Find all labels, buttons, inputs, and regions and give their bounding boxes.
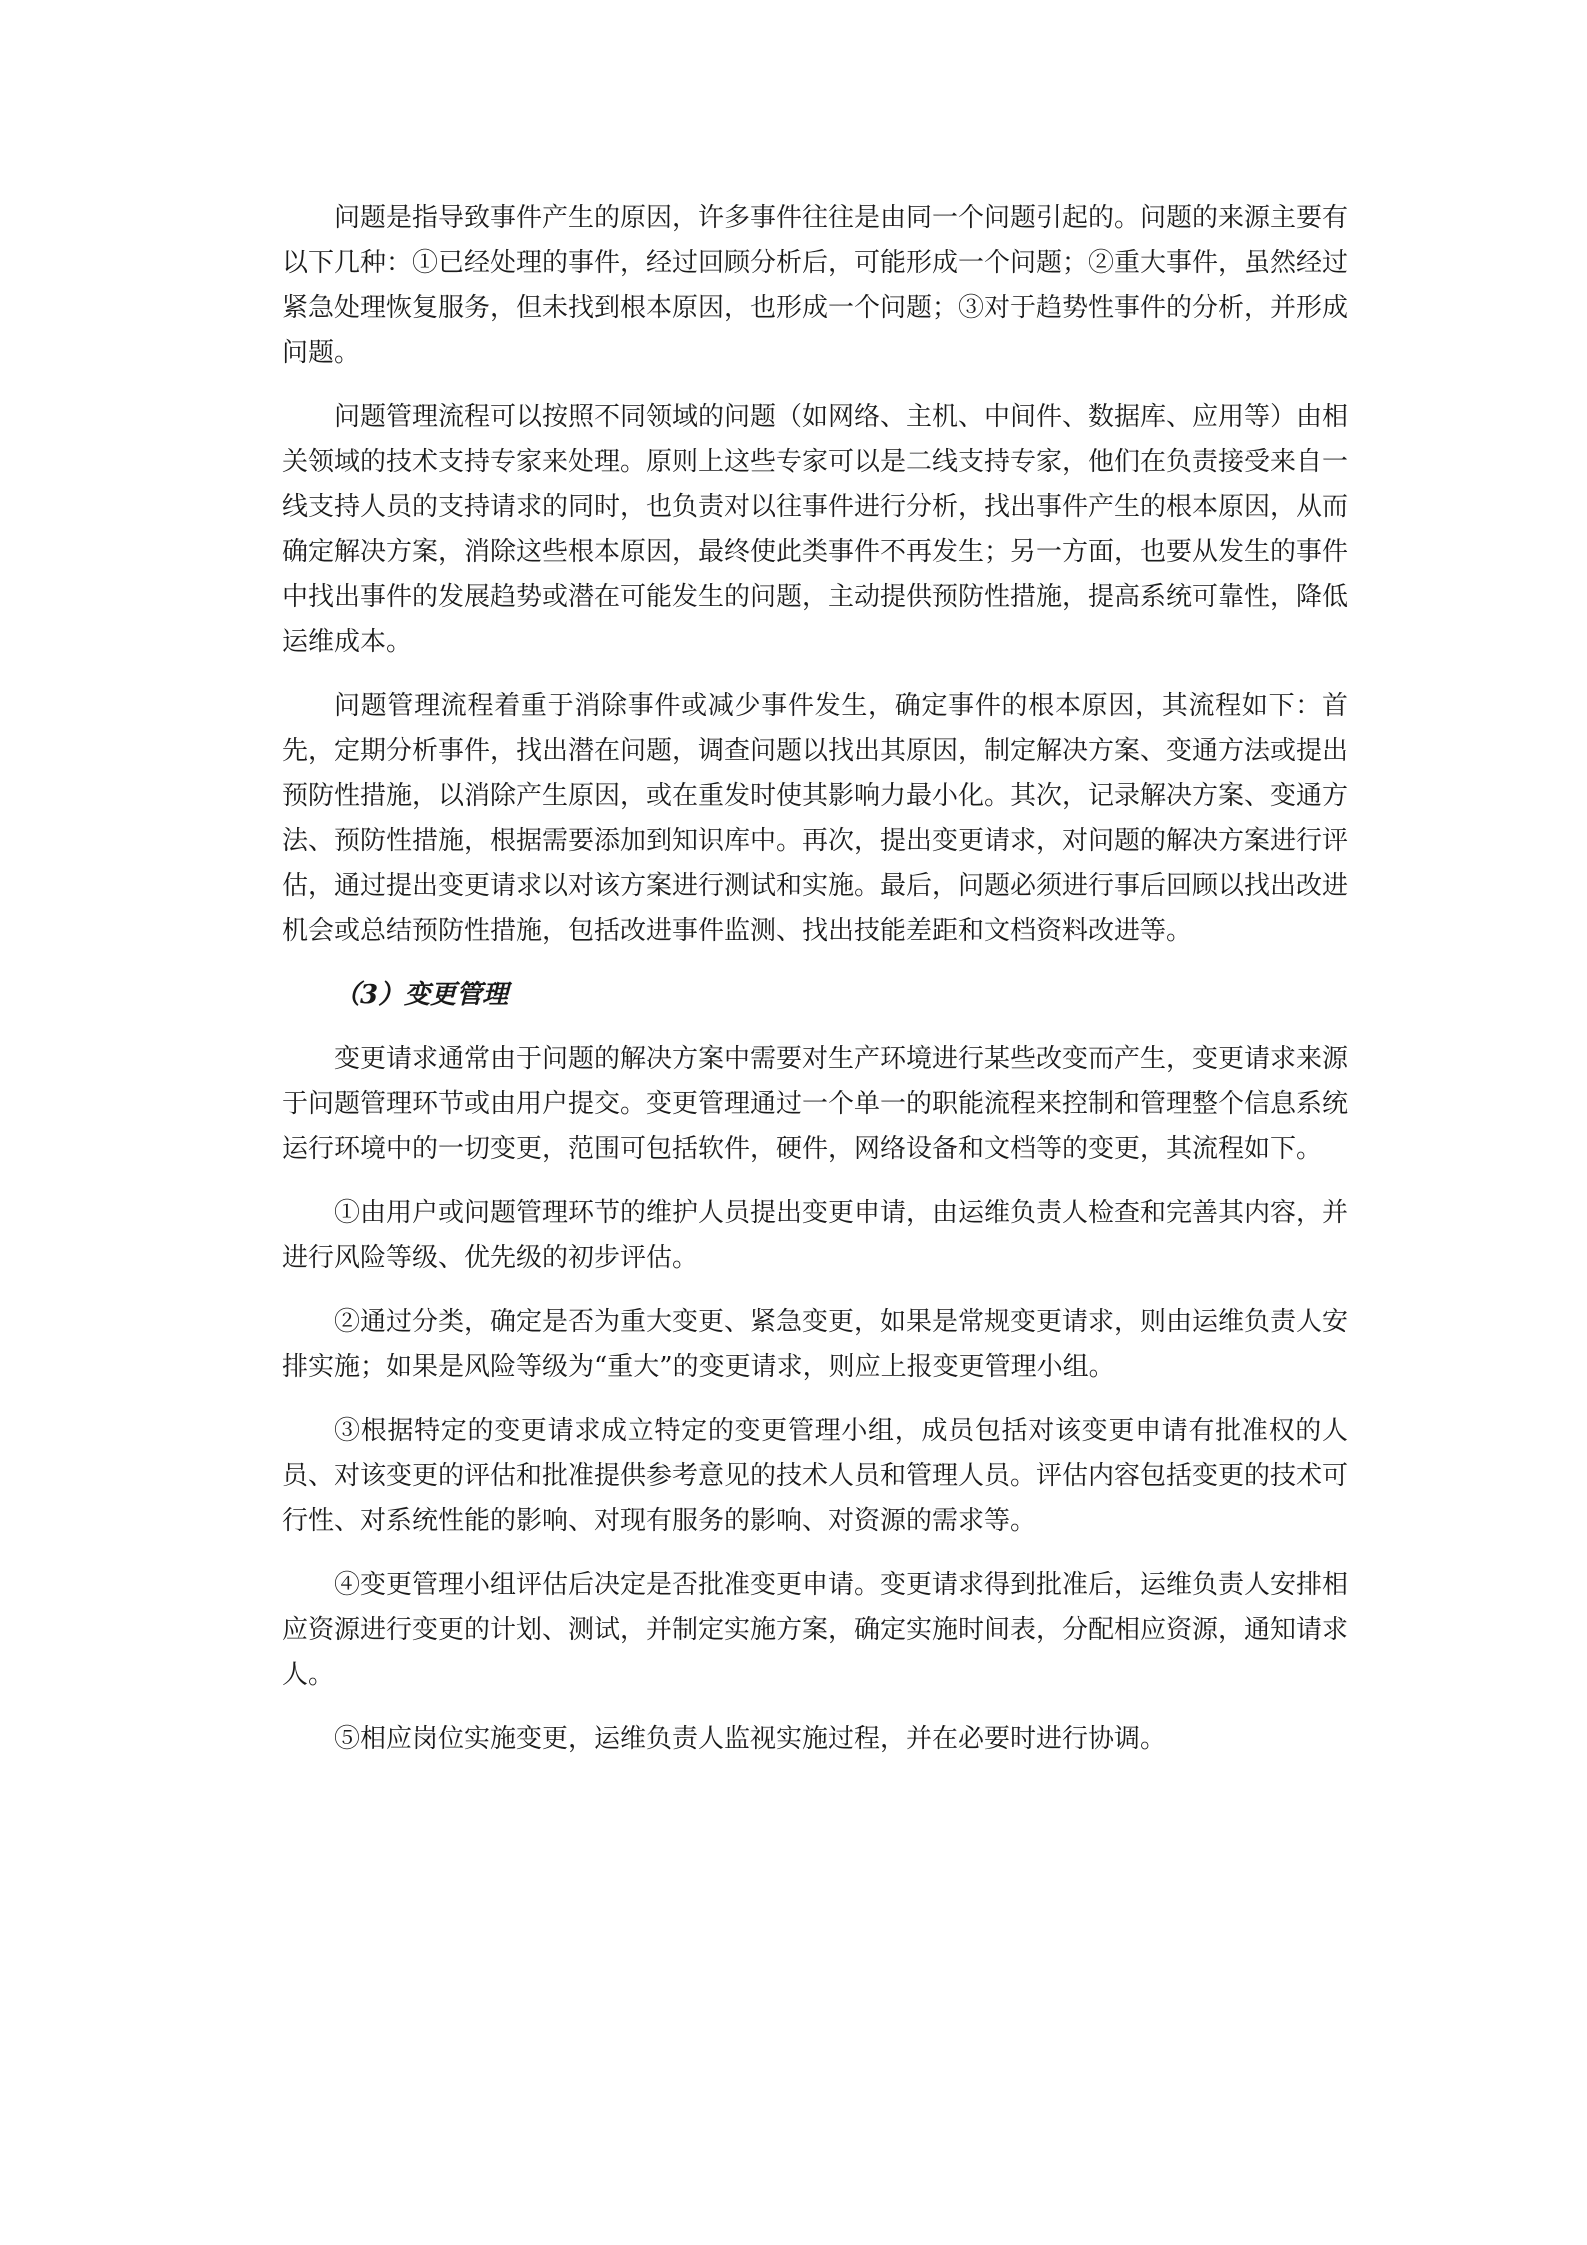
section-heading-change-management: （3）变更管理 (282, 973, 1348, 1018)
paragraph-change-step-1: ①由用户或问题管理环节的维护人员提出变更申请，由运维负责人检查和完善其内容，并进… (282, 1191, 1348, 1281)
paragraph-change-step-2: ②通过分类，确定是否为重大变更、紧急变更，如果是常规变更请求，则由运维负责人安排… (282, 1300, 1348, 1390)
paragraph-change-step-5: ⑤相应岗位实施变更，运维负责人监视实施过程，并在必要时进行协调。 (282, 1717, 1348, 1762)
paragraph-change-step-3: ③根据特定的变更请求成立特定的变更管理小组，成员包括对该变更申请有批准权的人员、… (282, 1409, 1348, 1544)
paragraph-change-request-intro: 变更请求通常由于问题的解决方案中需要对生产环境进行某些改变而产生，变更请求来源于… (282, 1037, 1348, 1172)
paragraph-change-step-4: ④变更管理小组评估后决定是否批准变更申请。变更请求得到批准后，运维负责人安排相应… (282, 1563, 1348, 1698)
paragraph-problem-management-process: 问题管理流程着重于消除事件或减少事件发生，确定事件的根本原因，其流程如下：首先，… (282, 684, 1348, 954)
document-page: 问题是指导致事件产生的原因，许多事件往往是由同一个问题引起的。问题的来源主要有以… (282, 196, 1348, 1781)
paragraph-problem-management-experts: 问题管理流程可以按照不同领域的问题（如网络、主机、中间件、数据库、应用等）由相关… (282, 395, 1348, 665)
paragraph-problem-definition: 问题是指导致事件产生的原因，许多事件往往是由同一个问题引起的。问题的来源主要有以… (282, 196, 1348, 376)
